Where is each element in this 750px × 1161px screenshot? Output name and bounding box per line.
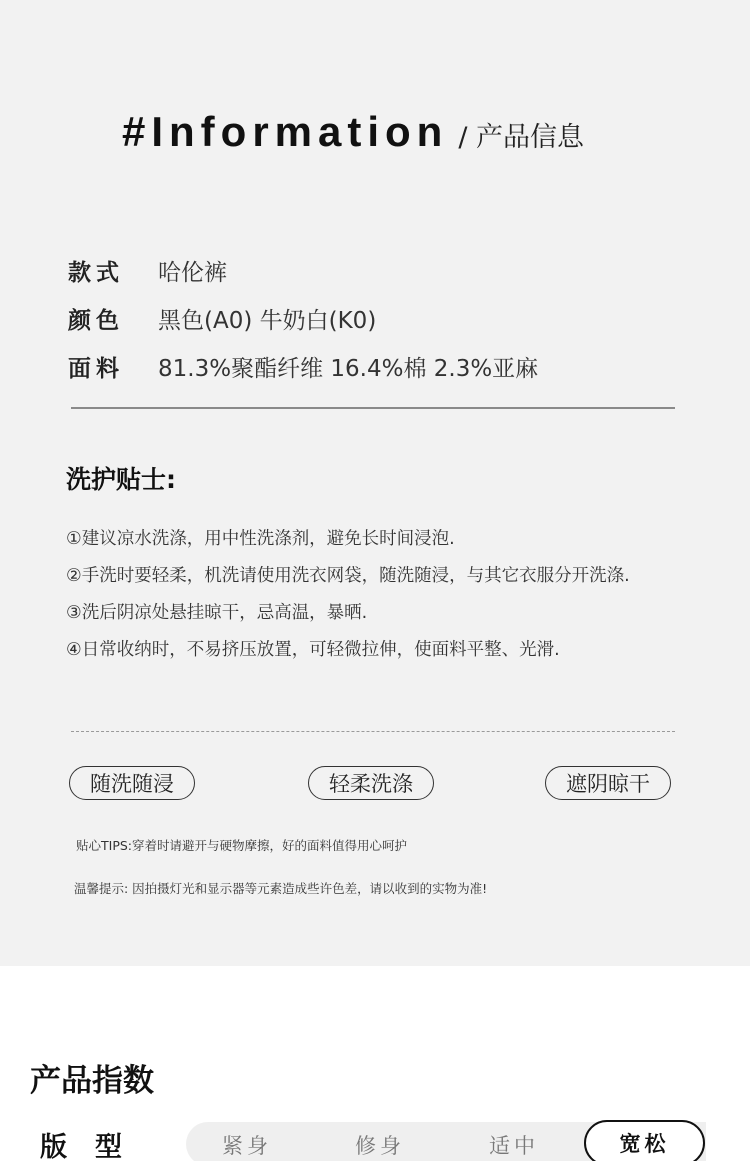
spec-label: 款式 <box>68 254 158 287</box>
spec-value: 黑色(A0) 牛奶白(K0) <box>158 302 376 335</box>
notice-text: 温馨提示: 因拍摄灯光和显示器等元素造成些许色差，请以收到的实物为准! <box>74 879 487 897</box>
fit-option-tight: 紧身 <box>222 1130 272 1160</box>
tips-text: 贴心TIPS:穿着时请避开与硬物摩擦，好的面料值得用心呵护 <box>76 836 407 854</box>
spec-label: 颜色 <box>68 302 158 335</box>
fit-option-slim: 修身 <box>355 1130 405 1160</box>
spec-label: 面料 <box>68 350 158 383</box>
fit-label: 版型 <box>40 1125 150 1161</box>
title-english: #Information <box>122 108 448 156</box>
care-item: ③洗后阴凉处悬挂晾干，忌高温，暴晒. <box>66 599 630 636</box>
divider <box>71 407 675 409</box>
care-title: 洗护贴士: <box>66 460 176 496</box>
care-item: ②手洗时要轻柔，机洗请使用洗衣网袋，随洗随浸，与其它衣服分开洗涤. <box>66 562 630 599</box>
spec-list: 款式 哈伦裤 颜色 黑色(A0) 牛奶白(K0) 面料 81.3%聚酯纤维 16… <box>68 246 538 390</box>
spec-row-fabric: 面料 81.3%聚酯纤维 16.4%棉 2.3%亚麻 <box>68 342 538 390</box>
care-badge-gentle-wash: 轻柔洗涤 <box>308 766 434 800</box>
product-index-title: 产品指数 <box>30 1055 154 1100</box>
dashed-divider <box>71 731 675 732</box>
fit-option-loose-selected: 宽松 <box>584 1120 705 1161</box>
care-list: ①建议凉水洗涤，用中性洗涤剂，避免长时间浸泡. ②手洗时要轻柔，机洗请使用洗衣网… <box>66 525 630 673</box>
page-title: #Information / 产品信息 <box>122 108 584 156</box>
spec-row-color: 颜色 黑色(A0) 牛奶白(K0) <box>68 294 538 342</box>
title-chinese: / 产品信息 <box>458 115 584 154</box>
care-badge-wash-immediately: 随洗随浸 <box>69 766 195 800</box>
spec-value: 81.3%聚酯纤维 16.4%棉 2.3%亚麻 <box>158 350 538 383</box>
care-item: ④日常收纳时，不易挤压放置，可轻微拉伸，使面料平整、光滑. <box>66 636 630 673</box>
spec-value: 哈伦裤 <box>158 254 227 287</box>
fit-option-regular: 适中 <box>489 1130 539 1160</box>
spec-row-style: 款式 哈伦裤 <box>68 246 538 294</box>
care-item: ①建议凉水洗涤，用中性洗涤剂，避免长时间浸泡. <box>66 525 630 562</box>
care-badge-shade-dry: 遮阴晾干 <box>545 766 671 800</box>
product-info-section: #Information / 产品信息 款式 哈伦裤 颜色 黑色(A0) 牛奶白… <box>0 0 750 966</box>
